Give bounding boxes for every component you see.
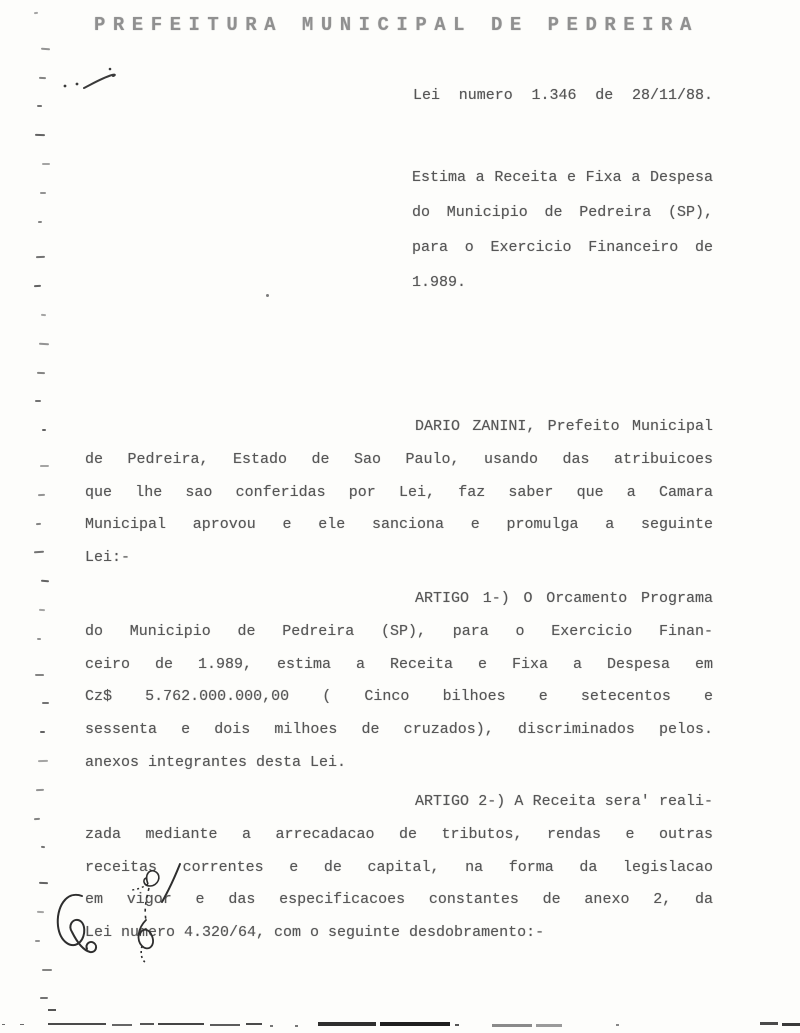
scan-edge-segment [2, 1024, 5, 1025]
binding-tick [36, 789, 44, 791]
scan-edge-segment [140, 1023, 154, 1025]
text-line: 1.989. [412, 265, 713, 300]
binding-tick [42, 702, 49, 704]
binding-tick [36, 256, 45, 258]
scan-edge-segment [295, 1025, 298, 1027]
letterhead-title: PREFEITURA MUNICIPAL DE PEDREIRA [94, 14, 734, 36]
binding-tick [42, 969, 52, 971]
binding-tick [39, 76, 46, 78]
law-reference: Lei numero 1.346 de 28/11/88. [413, 86, 713, 106]
text-line: sessenta e dois milhoes de cruzados), di… [85, 714, 713, 747]
binding-tick [35, 134, 45, 136]
text-line: ARTIGO 2-) A Receita sera' reali- [85, 786, 713, 819]
scan-edge-segment [20, 1024, 24, 1025]
binding-tick [35, 400, 41, 402]
binding-tick [37, 371, 45, 373]
scan-edge-segment [760, 1022, 778, 1025]
text-line: Estima a Receita e Fixa a Despesa [412, 160, 713, 195]
text-line: do Municipio de Pedreira (SP), [412, 195, 713, 230]
body-paragraph-artigo-1: ARTIGO 1-) O Orcamento Programado Munici… [85, 583, 713, 780]
scan-edge-segment [318, 1022, 376, 1026]
scanned-document-page: PREFEITURA MUNICIPAL DE PEDREIRA Lei num… [0, 0, 800, 1033]
binding-tick [34, 551, 44, 554]
binding-tick [36, 522, 41, 524]
text-line: anexos integrantes desta Lei. [85, 747, 713, 780]
binding-tick [40, 997, 48, 999]
text-line: Cz$ 5.762.000.000,00 ( Cinco bilhoes e s… [85, 681, 713, 714]
binding-tick [34, 817, 40, 819]
ink-speck [266, 294, 269, 297]
binding-tick [41, 47, 50, 50]
text-line: que lhe sao conferidas por Lei, faz sabe… [85, 477, 713, 510]
binding-tick [34, 12, 38, 14]
binding-tick [38, 494, 45, 496]
text-line: para o Exercicio Financeiro de [412, 230, 713, 265]
binding-tick [39, 882, 48, 884]
binding-tick [40, 465, 49, 467]
binding-tick [41, 846, 45, 848]
scan-edge-segment [616, 1024, 619, 1026]
scan-edge-segment [380, 1022, 450, 1026]
text-line: do Municipio de Pedreira (SP), para o Ex… [85, 616, 713, 649]
binding-tick [37, 638, 41, 640]
scan-edge-segment [48, 1009, 56, 1011]
scan-edge-segment [536, 1024, 562, 1027]
binding-tick [38, 760, 48, 762]
binding-tick [40, 192, 46, 194]
scan-edge-segment [782, 1023, 800, 1026]
binding-tick [34, 285, 41, 287]
binding-tick [35, 674, 44, 676]
scan-edge-segment [455, 1024, 459, 1026]
text-line: ceiro de 1.989, estima a Receita e Fixa … [85, 649, 713, 682]
scan-edge-segment [246, 1023, 262, 1025]
text-line: Municipal aprovou e ele sanciona e promu… [85, 509, 713, 542]
binding-tick [37, 911, 44, 913]
handwritten-mark-top-left [58, 62, 120, 98]
scan-edge-segment [48, 1023, 106, 1025]
scan-edge-segment [112, 1024, 132, 1026]
binding-tick [42, 163, 50, 165]
binding-tick [37, 105, 42, 107]
body-paragraph-preamble: DARIO ZANINI, Prefeito Municipalde Pedre… [85, 411, 713, 575]
binding-tick [40, 731, 45, 733]
binding-tick [41, 580, 49, 583]
scan-edge-segment [492, 1024, 532, 1027]
law-summary-block: Estima a Receita e Fixa a Despesado Muni… [412, 160, 713, 300]
binding-tick [42, 429, 46, 431]
text-line: DARIO ZANINI, Prefeito Municipal [85, 411, 713, 444]
binding-tick [39, 343, 49, 346]
handwritten-doodle-figure [118, 862, 182, 964]
binding-tick [35, 940, 40, 942]
scan-edge-segment [158, 1023, 204, 1025]
binding-tick [39, 609, 45, 611]
text-line: zada mediante a arrecadacao de tributos,… [85, 819, 713, 852]
binding-tick [38, 221, 42, 223]
text-line: Lei:- [85, 542, 713, 575]
scan-edge-segment [210, 1024, 240, 1026]
scan-edge-segment [270, 1025, 273, 1027]
handwritten-signature-loop [52, 888, 104, 970]
text-line: ARTIGO 1-) O Orcamento Programa [85, 583, 713, 616]
text-line: de Pedreira, Estado de Sao Paulo, usando… [85, 444, 713, 477]
binding-tick [41, 314, 46, 316]
